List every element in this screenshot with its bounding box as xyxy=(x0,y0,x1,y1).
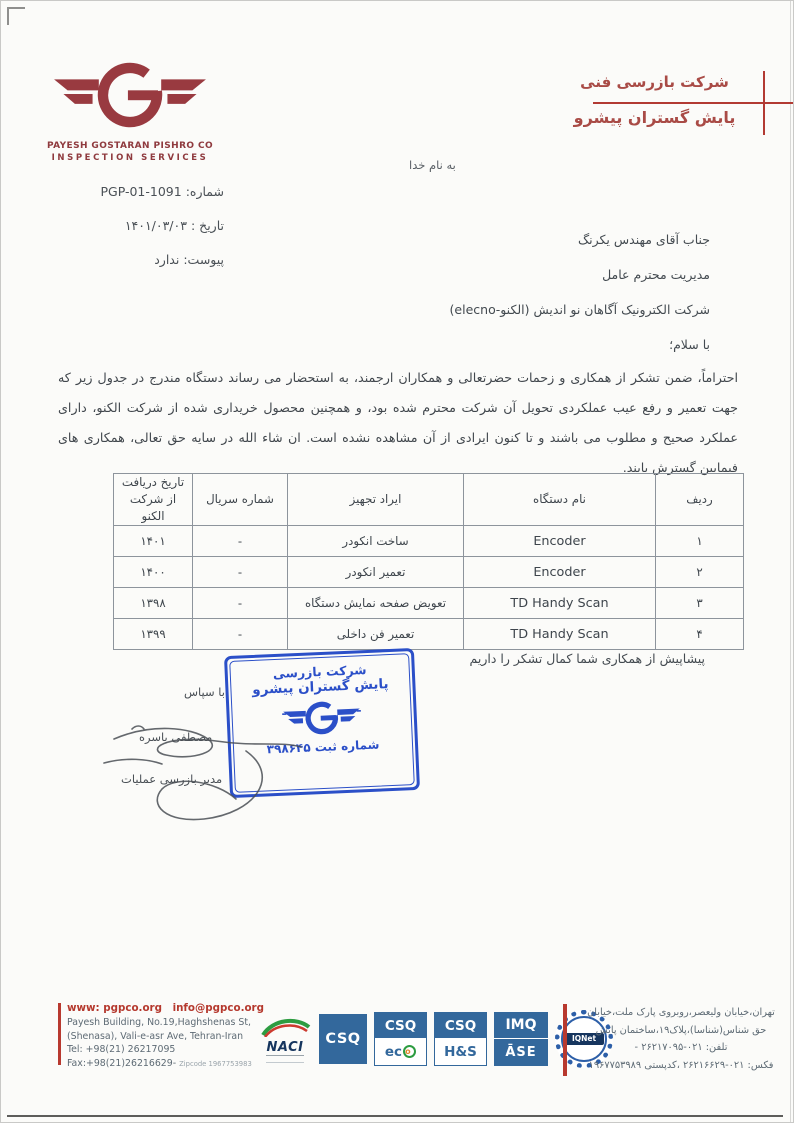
letter-page: PAYESH GOSTARAN PISHRO CO INSPECTION SER… xyxy=(0,0,794,1123)
naci-caption-lines xyxy=(266,1055,304,1063)
cell-row-number: ۴ xyxy=(656,619,744,650)
imq-top-label: IMQ xyxy=(494,1012,548,1039)
cell-issue: ساخت انکودر xyxy=(288,526,464,557)
cell-device-name: TD Handy Scan xyxy=(464,588,656,619)
cell-device-name: Encoder xyxy=(464,526,656,557)
table-row: ۳ TD Handy Scan تعویض صفحه نمایش دستگاه … xyxy=(114,588,744,619)
cell-row-number: ۳ xyxy=(656,588,744,619)
address-line2: (Shenasa), Vali-e-asr Ave, Tehran-Iran xyxy=(67,1030,272,1044)
csq-hs-bottom-label: H&S xyxy=(435,1038,486,1065)
certification-badges: NACI CSQ CSQ eco CSQ H&S IMQ ĀSE IQNet xyxy=(258,1007,613,1071)
cell-serial: - xyxy=(193,619,288,650)
body-line: جهت تعمیر و رفع عیب عملکردی تحویل آن شرک… xyxy=(58,393,738,423)
body-paragraph: احتراماً، ضمن تشکر از همکاری و زحمات حضر… xyxy=(58,363,738,483)
recipient-line: شرکت الکترونیک آگاهان نو اندیش (الکنو-el… xyxy=(450,302,710,337)
table-header-cell: شماره سریال xyxy=(193,474,288,526)
recipient-line: مدیریت محترم عامل xyxy=(450,267,710,302)
scan-right-edge xyxy=(790,1,791,1122)
table-row: ۴ TD Handy Scan تعمیر فن داخلی - ۱۳۹۹ xyxy=(114,619,744,650)
cell-issue: تعمیر انکودر xyxy=(288,557,464,588)
csq-hs-badge-icon: CSQ H&S xyxy=(434,1012,487,1066)
table-row: ۲ Encoder تعمیر انکودر - ۱۴۰۰ xyxy=(114,557,744,588)
cell-date-received: ۱۴۰۱ xyxy=(114,526,193,557)
cell-issue: تعویض صفحه نمایش دستگاه xyxy=(288,588,464,619)
csq-eco-top-label: CSQ xyxy=(375,1013,426,1038)
table-header-cell: نام دستگاه xyxy=(464,474,656,526)
signature-scrawl-icon xyxy=(96,701,346,831)
cell-serial: - xyxy=(193,588,288,619)
footer-fa-line: فکس: ۰۲۱-۲۶۲۱۶۶۲۹ ،کدپستی ۱۹۶۷۷۵۳۹۸۹ xyxy=(573,1057,789,1075)
website-text: www: pgpco.org xyxy=(67,1002,162,1014)
logo-caption-services: INSPECTION SERVICES xyxy=(45,153,215,163)
company-logo-block: PAYESH GOSTARAN PISHRO CO INSPECTION SER… xyxy=(45,51,215,163)
letter-number-label: شماره: xyxy=(186,184,224,199)
cell-device-name: TD Handy Scan xyxy=(464,619,656,650)
letter-attachment-value: ندارد xyxy=(154,252,179,267)
scan-bottom-edge xyxy=(7,1115,783,1117)
table-body: ۱ Encoder ساخت انکودر - ۱۴۰۱ ۲ Encoder ت… xyxy=(114,526,744,650)
csq-eco-bottom-label: eco xyxy=(375,1038,426,1065)
csq-eco-badge-icon: CSQ eco xyxy=(374,1012,427,1066)
naci-badge-icon: NACI xyxy=(258,1015,312,1063)
letter-meta: شماره: PGP-01-1091 تاریخ : ۱۴۰۱/۰۳/۰۳ پی… xyxy=(56,181,224,283)
footer-address-en: Payesh Building, No.19,Haghshenas St, (S… xyxy=(67,1016,272,1071)
scan-corner-mark xyxy=(7,7,25,25)
letter-date-value: ۱۴۰۱/۰۳/۰۳ xyxy=(125,218,187,233)
eco-text: ec xyxy=(385,1044,402,1060)
csq-hs-top-label: CSQ xyxy=(435,1013,486,1038)
footer-right-rule xyxy=(563,1004,567,1076)
eco-o-icon: o xyxy=(403,1045,416,1058)
body-line: عملکرد صحیح و مطلوب می باشند و تا کنون ا… xyxy=(58,423,738,453)
footer-web-email: www: pgpco.org info@pgpco.org xyxy=(67,1002,272,1014)
cell-serial: - xyxy=(193,557,288,588)
imq-badge-icon: IMQ ĀSE xyxy=(494,1012,548,1066)
letter-attachment-label: پیوست: xyxy=(183,252,224,267)
repairs-table: ردیفنام دستگاهایراد تجهیزشماره سریالتاری… xyxy=(113,473,744,650)
letter-number-value: PGP-01-1091 xyxy=(100,184,181,199)
footer-left-block: www: pgpco.org info@pgpco.org Payesh Bui… xyxy=(67,1002,272,1071)
cell-row-number: ۱ xyxy=(656,526,744,557)
footer-fa-line: تلفن: ۰۲۱-۲۶۲۱۷۰۹۵ - xyxy=(573,1039,789,1057)
footer-fa-line: تهران،خیابان ولیعصر،روبروی پارک ملت،خیاب… xyxy=(573,1004,789,1022)
address-line1: Payesh Building, No.19,Haghshenas St, xyxy=(67,1016,272,1030)
imq-bottom-label: ĀSE xyxy=(494,1039,548,1065)
signature-thanks: با سپاس xyxy=(184,685,225,699)
letter-date: تاریخ : ۱۴۰۱/۰۳/۰۳ xyxy=(56,215,224,249)
phone-line: Tel: +98(21) 26217095 xyxy=(67,1043,272,1057)
brand-fa-line2: پایش گستران پیشرو xyxy=(552,108,757,127)
naci-label: NACI xyxy=(258,1041,312,1054)
table-row: ۱ Encoder ساخت انکودر - ۱۴۰۱ xyxy=(114,526,744,557)
csq-badge-icon: CSQ xyxy=(319,1014,367,1064)
brand-horizontal-rule xyxy=(593,102,793,104)
cell-date-received: ۱۴۰۰ xyxy=(114,557,193,588)
brand-fa-line1: شرکت بازرسی فنی xyxy=(562,73,747,91)
fax-number: Fax:+98(21)26216629- xyxy=(67,1058,176,1069)
recipient-block: جناب آقای مهندس یکرنگمدیریت محترم عاملشر… xyxy=(450,232,710,372)
cell-issue: تعمیر فن داخلی xyxy=(288,619,464,650)
cell-serial: - xyxy=(193,526,288,557)
recipient-line: جناب آقای مهندس یکرنگ xyxy=(450,232,710,267)
body-line: احتراماً، ضمن تشکر از همکاری و زحمات حضر… xyxy=(58,363,738,393)
cell-date-received: ۱۳۹۸ xyxy=(114,588,193,619)
winged-g-logo-icon xyxy=(52,51,208,139)
table-header-cell: ردیف xyxy=(656,474,744,526)
letter-attachment: پیوست: ندارد xyxy=(56,249,224,283)
footer-fa-line: حق شناس(شناسا)،پلاک۱۹،ساختمان پایش xyxy=(573,1022,789,1040)
footer-right-block: تهران،خیابان ولیعصر،روبروی پارک ملت،خیاب… xyxy=(573,1004,789,1074)
letter-date-label: تاریخ : xyxy=(191,218,224,233)
bismillah-text: به نام خدا xyxy=(409,158,456,172)
fax-line: Fax:+98(21)26216629- Zipcode 1967753983 xyxy=(67,1057,272,1072)
email-text: info@pgpco.org xyxy=(173,1002,264,1014)
cell-device-name: Encoder xyxy=(464,557,656,588)
footer-left-rule xyxy=(58,1003,61,1065)
cell-date-received: ۱۳۹۹ xyxy=(114,619,193,650)
table-header-cell: تاریخ دریافت از شرکت الکنو xyxy=(114,474,193,526)
zipcode-text: Zipcode 1967753983 xyxy=(179,1060,252,1068)
naci-flag-arcs-icon xyxy=(259,1015,311,1037)
closing-line: پیشاپیش از همکاری شما کمال تشکر را داریم xyxy=(470,651,705,666)
logo-caption-company: PAYESH GOSTARAN PISHRO CO xyxy=(45,141,215,151)
table-header-row: ردیفنام دستگاهایراد تجهیزشماره سریالتاری… xyxy=(114,474,744,526)
table-header-cell: ایراد تجهیز xyxy=(288,474,464,526)
letter-number: شماره: PGP-01-1091 xyxy=(56,181,224,215)
cell-row-number: ۲ xyxy=(656,557,744,588)
